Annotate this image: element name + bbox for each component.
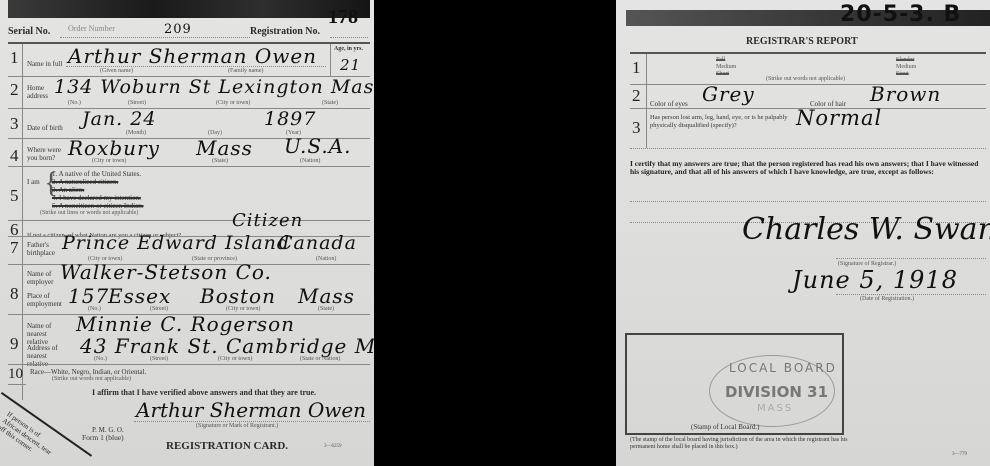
race-label[interactable]: Race—White, Negro, Indian, or Oriental.	[30, 368, 146, 376]
build-stout[interactable]: Stout	[896, 71, 909, 77]
form-label: Form 1 (blue)	[82, 434, 124, 442]
stamp-label: (Stamp of Local Board.)	[691, 423, 759, 431]
height-tall[interactable]: Tall	[716, 57, 725, 63]
sub-city: (City or town)	[216, 100, 250, 106]
birth-city[interactable]: Roxbury	[68, 136, 160, 160]
citizenship-option-1[interactable]: 1. A native of the United States.	[52, 170, 141, 178]
name-label: Name in full	[27, 60, 62, 68]
disqualification-label: Has person lost arm, leg, hand, eye, or …	[650, 114, 790, 130]
employment-city[interactable]: Boston	[200, 284, 276, 308]
certification-text: I certify that my answers are true; that…	[630, 160, 988, 176]
nation-value[interactable]: Citizen	[232, 210, 303, 231]
sub-state: (State)	[318, 306, 334, 312]
affirmation-text: I affirm that I have verified above answ…	[92, 388, 316, 397]
birth-month-day[interactable]: Jan. 24	[82, 108, 156, 130]
build-slender[interactable]: Slender	[896, 57, 914, 63]
citizenship-option-3[interactable]: 3. An alien.	[52, 186, 84, 194]
race-strike-note: (Strike out words not applicable)	[52, 376, 131, 382]
eye-color-value[interactable]: Grey	[702, 82, 755, 106]
sub-street: (Street)	[150, 356, 168, 362]
birth-nation[interactable]: U.S.A.	[284, 134, 352, 158]
disqualification-value[interactable]: Normal	[796, 106, 882, 130]
employment-street[interactable]: Essex	[108, 284, 171, 308]
birthplace-label: Where were you born?	[27, 146, 67, 162]
employment-state[interactable]: Mass	[298, 284, 355, 308]
home-address-label: Home address	[27, 84, 51, 100]
age-value[interactable]: 21	[340, 56, 361, 74]
registrar-signature[interactable]: Charles W. Swan	[742, 212, 990, 247]
relative-address-value[interactable]: 43 Frank St. Cambridge Mass	[80, 334, 374, 358]
row-number-6: 6	[10, 220, 19, 240]
place-of-employment-label: Place of employment	[27, 292, 65, 308]
row-number-5: 5	[10, 186, 19, 206]
sub-state: (State)	[322, 100, 338, 106]
serial-label: Serial No.	[8, 26, 50, 37]
stamp-line-1: LOCAL BOARD	[729, 361, 837, 375]
sub-given-name: (Given name)	[100, 68, 133, 74]
citizenship-option-4[interactable]: 4. I have declared my intention.	[52, 194, 141, 202]
row-number-9: 9	[10, 334, 19, 354]
name-value[interactable]: Arthur Sherman Owen	[68, 44, 317, 68]
registrar-report-back: 20-5-3. B REGISTRAR'S REPORT 1 Tall Medi…	[616, 0, 990, 466]
registrars-report-title: REGISTRAR'S REPORT	[746, 36, 858, 47]
build-medium[interactable]: Medium	[896, 64, 916, 70]
row-number-3: 3	[10, 114, 19, 134]
form-code: 3—779	[952, 452, 967, 457]
sub-nation: (Nation)	[300, 158, 320, 164]
employer-value[interactable]: Walker-Stetson Co.	[60, 260, 272, 284]
employment-no[interactable]: 157	[68, 284, 109, 308]
age-label: Age, in yrs.	[334, 46, 363, 52]
birth-date-label: Date of birth	[27, 124, 63, 132]
registration-card-title: REGISTRATION CARD.	[166, 440, 288, 452]
corner-note: If person is of African descent, tear of…	[0, 410, 59, 464]
father-birthplace-nation[interactable]: Canada	[278, 232, 357, 254]
row-number-2: 2	[632, 86, 641, 106]
citizenship-option-5[interactable]: 5. A noncitizen or citizen Indian.	[52, 202, 144, 210]
row-number-1: 1	[10, 48, 19, 68]
stamped-number: 20-5-3. B	[840, 2, 961, 27]
sub-family-name: (Family name)	[228, 68, 264, 74]
sub-no: (No.)	[94, 356, 107, 362]
hair-color-value[interactable]: Brown	[870, 82, 941, 106]
strike-note: (Strike out lines or words not applicabl…	[40, 210, 138, 216]
birth-year[interactable]: 1897	[264, 108, 316, 130]
stamp-note: (The stamp of the local board having jur…	[630, 437, 852, 451]
sub-city: (City or town)	[218, 356, 252, 362]
father-birthplace-label: Father's birthplace	[27, 241, 59, 257]
registration-date-label: (Date of Registration.)	[860, 296, 914, 302]
sub-no: (No.)	[68, 100, 81, 106]
registration-card-front: Serial No. Order Number 209 Registration…	[0, 0, 374, 466]
registration-value: 178	[328, 6, 358, 29]
sub-city: (City or town)	[92, 158, 126, 164]
sub-state: (State)	[212, 158, 228, 164]
registrant-signature[interactable]: Arthur Sherman Owen	[136, 398, 366, 422]
registration-label: Registration No.	[250, 26, 320, 37]
citizenship-option-2[interactable]: 2. A naturalized citizen.	[52, 178, 118, 186]
home-address-value[interactable]: 134 Woburn St Lexington Mass	[54, 76, 374, 98]
row-number-8: 8	[10, 284, 19, 304]
signature-label: (Signature or Mark of Registrant.)	[196, 423, 278, 429]
row-number-7: 7	[10, 238, 19, 258]
row-number-10: 10	[8, 366, 23, 383]
local-board-stamp-box: LOCAL BOARD DIVISION 31 MASS (Stamp of L…	[625, 333, 844, 435]
serial-printed: Order Number	[68, 24, 115, 33]
row-number-1: 1	[632, 58, 641, 78]
row-number-3: 3	[632, 118, 641, 138]
sub-nation: (Nation)	[316, 256, 336, 262]
relative-value[interactable]: Minnie C. Rogerson	[76, 312, 295, 336]
i-am-label: I am	[27, 178, 40, 186]
sub-street: (Street)	[128, 100, 146, 106]
eye-color-label: Color of eyes	[650, 100, 688, 108]
strike-note: (Strike out words not applicable)	[766, 76, 845, 82]
card-top-edge	[8, 0, 370, 18]
row-number-4: 4	[10, 146, 19, 166]
sub-state-nation: (State or Nation)	[300, 356, 340, 362]
relative-label: Name of nearest relative	[27, 322, 67, 346]
employer-label: Name of employer	[27, 270, 57, 286]
father-birthplace-city[interactable]: Prince Edward Island	[62, 232, 290, 254]
height-short[interactable]: Short	[716, 71, 729, 77]
row-number-2: 2	[10, 80, 19, 100]
registration-date[interactable]: June 5, 1918	[792, 266, 958, 294]
serial-value: 209	[164, 22, 192, 37]
height-medium[interactable]: Medium	[716, 64, 736, 70]
birth-state[interactable]: Mass	[196, 136, 253, 160]
form-code: 3—6259	[324, 444, 342, 449]
stamp-line-3: MASS	[757, 403, 793, 414]
stamp-line-2: DIVISION 31	[725, 383, 828, 401]
